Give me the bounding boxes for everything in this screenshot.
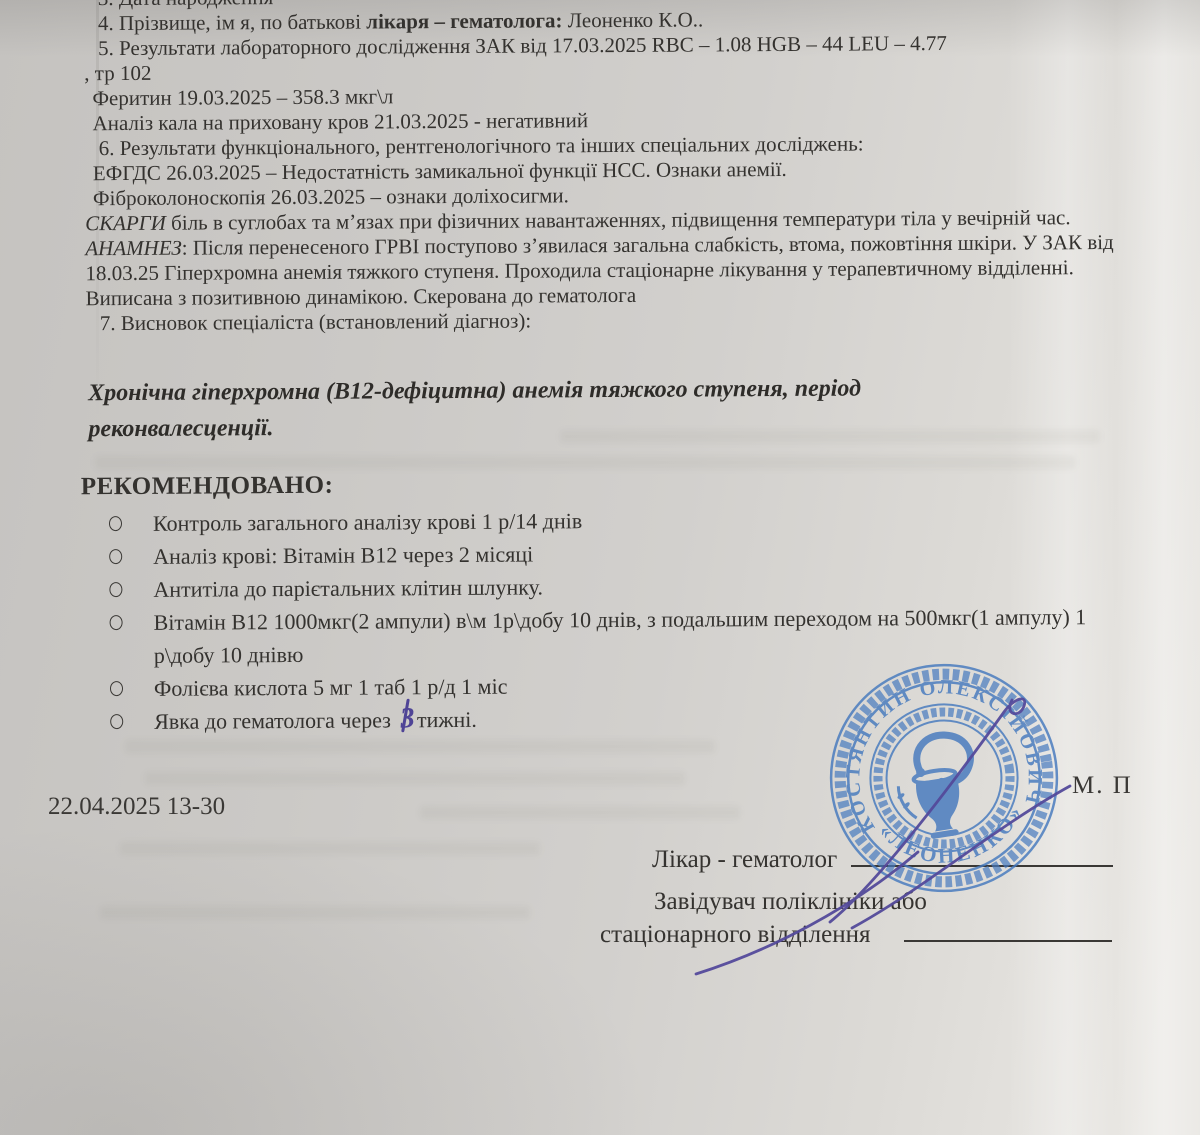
- bleed-through: [420, 806, 740, 819]
- stamp-place-mark: М. П: [1072, 772, 1133, 800]
- bullet-circle-icon: [110, 615, 123, 630]
- bleed-through: [125, 740, 715, 753]
- bullet-circle-icon: [109, 516, 122, 531]
- bullet-circle-icon: [110, 681, 123, 696]
- bleed-through: [145, 772, 685, 785]
- anamnesis-text: : Після перенесеного ГРВІ поступово з’яв…: [85, 230, 1113, 310]
- doctor-round-stamp: КОСТЯНТИН ОЛЕКСІЙОВИЧ «ЛЕОНЕНКО»: [800, 634, 1088, 922]
- item-4-value: Леоненко К.О..: [562, 7, 703, 32]
- document-photo: 3. Дата народження 4. Прізвище, ім я, по…: [0, 0, 1200, 1135]
- anamnesis-paragraph: АНАМНЕЗ: Після перенесеного ГРВІ поступо…: [85, 230, 1147, 311]
- followup-suffix: тижні.: [417, 707, 477, 732]
- bullet-circle-icon: [110, 714, 123, 729]
- bleed-through: [100, 906, 530, 919]
- handwritten-correction: 3: [400, 718, 414, 719]
- visit-datetime: 22.04.2025 13-30: [48, 793, 225, 821]
- role-label: стаціонарного відділення: [600, 921, 870, 948]
- bullet-circle-icon: [109, 582, 122, 597]
- hygieia-bowl-icon: [888, 731, 982, 844]
- recommendation-text: Антитіла до парієтальних клітин шлунку.: [153, 574, 543, 601]
- item-4-bold: лікаря – гематолога:: [366, 8, 562, 33]
- complaints-label: СКАРГИ: [85, 211, 166, 235]
- document-text: 3. Дата народження 4. Прізвище, ім я, по…: [84, 0, 1151, 738]
- recommendation-text: Аналіз крові: Вітамін В12 через 2 місяці: [153, 542, 533, 569]
- bleed-through: [120, 842, 540, 855]
- role-label: Лікар - гематолог: [652, 846, 837, 873]
- signature-line: [904, 940, 1112, 942]
- recommendation-text: Фолієва кислота 5 мг 1 таб 1 р/д 1 міс: [154, 674, 508, 701]
- stamp-icon: КОСТЯНТИН ОЛЕКСІЙОВИЧ «ЛЕОНЕНКО»: [800, 634, 1088, 922]
- recommendation-text: Контроль загального аналізу крові 1 р/14…: [153, 508, 582, 536]
- followup-prefix: Явка до гематолога через: [154, 707, 396, 733]
- item-7-heading: 7. Висновок спеціаліста (встановлений ді…: [86, 305, 1148, 336]
- signature-role-head2: стаціонарного відділення: [600, 921, 1112, 949]
- anamnesis-label: АНАМНЕЗ: [85, 236, 182, 261]
- diagnosis-text: Хронічна гіперхромна (В12-дефіцитна) ане…: [88, 369, 1038, 447]
- item-4-prefix: 4. Прізвище, ім я, по батькові: [98, 10, 366, 36]
- bullet-circle-icon: [109, 549, 122, 564]
- recommendations-heading: РЕКОМЕНДОВАНО:: [81, 468, 1149, 500]
